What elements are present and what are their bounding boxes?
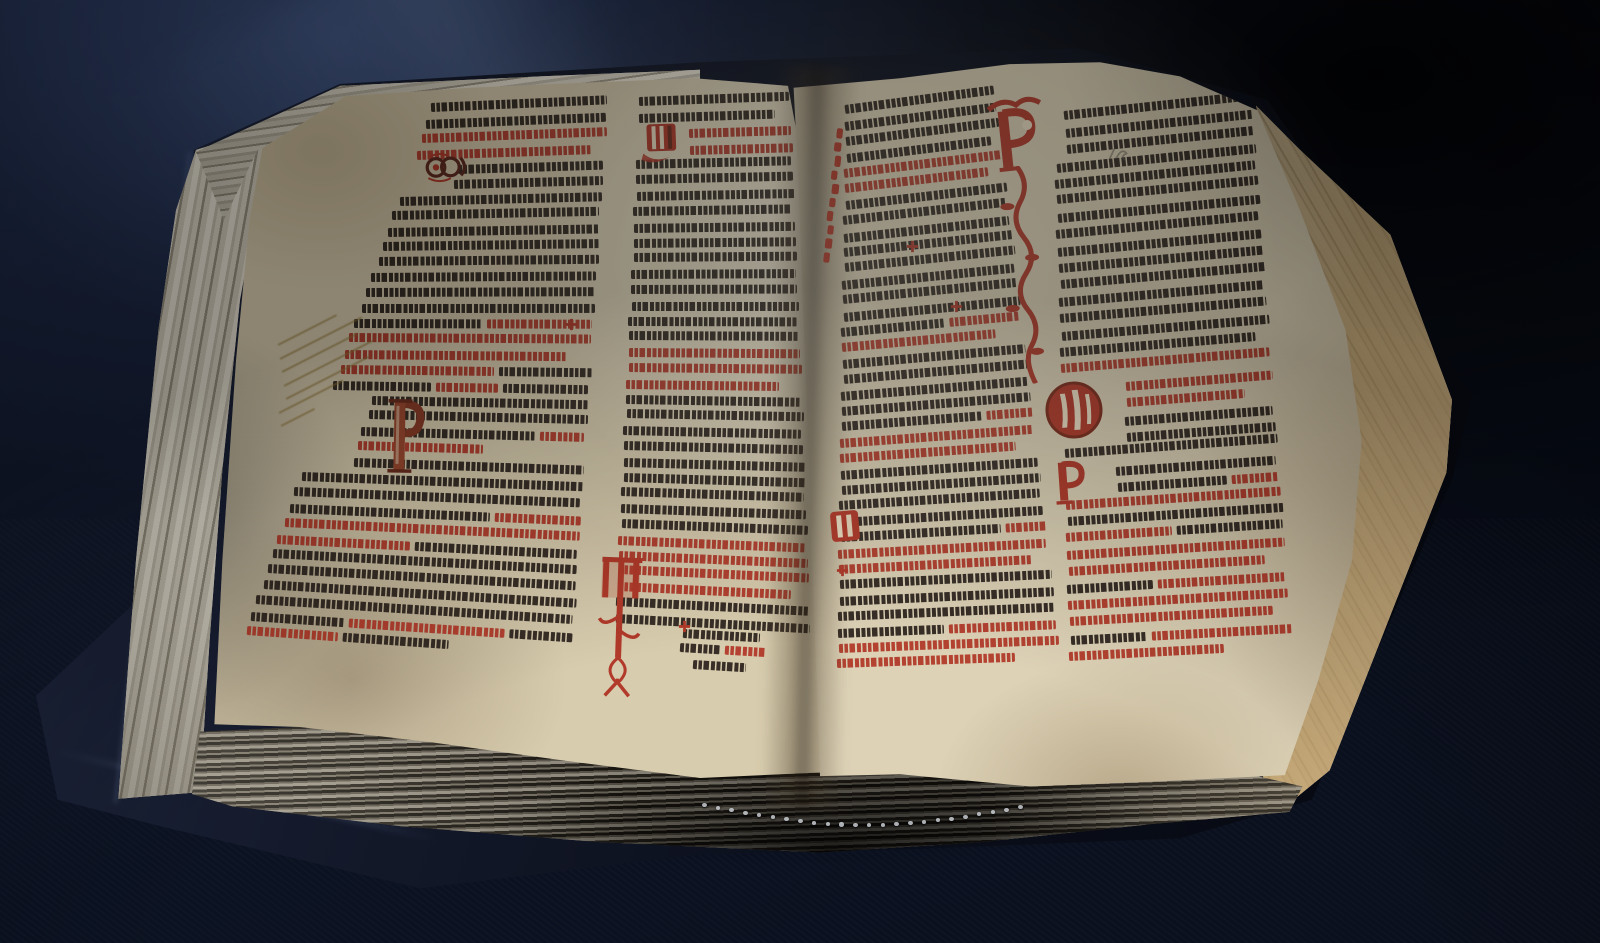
printed-text-line [636, 172, 793, 184]
initial-small-block-right-col1 [826, 507, 863, 546]
text-segment-black-ink [332, 381, 430, 392]
printed-text-line [837, 603, 1053, 621]
text-segment-black-ink [841, 524, 1002, 542]
spine-stitch-dot [1018, 805, 1023, 809]
printed-text-line [349, 333, 591, 344]
text-segment-red-rubric [626, 380, 779, 391]
spine-stitch-dot [826, 822, 831, 826]
text-segment-black-ink [1066, 580, 1152, 594]
printed-text-line [426, 113, 607, 129]
spine-stitch-dot [839, 822, 844, 826]
text-segment-red-rubric [247, 626, 338, 641]
spine-stitch-dot [949, 817, 954, 821]
text-segment-black-ink [692, 660, 746, 672]
text-segment-red-rubric [421, 127, 606, 143]
text-segment-black-ink [454, 176, 603, 189]
printed-text-line [366, 287, 595, 297]
rubric-cross-icon [565, 318, 578, 331]
text-segment-red-rubric [950, 620, 1057, 633]
text-segment-red-rubric [1125, 371, 1272, 392]
text-segment-red-rubric [277, 535, 410, 551]
printed-text-line [1069, 606, 1272, 626]
printed-text-line [680, 643, 766, 657]
text-segment-red-rubric [725, 646, 766, 657]
text-segment-black-ink [839, 570, 1051, 589]
printed-text-line [430, 95, 606, 112]
printed-text-line [400, 192, 603, 206]
text-segment-black-ink [430, 95, 606, 112]
initial-round-striped-right-col2 [1042, 378, 1106, 442]
text-segment-black-ink [379, 254, 599, 265]
text-segment-black-ink [1118, 475, 1227, 491]
text-segment-black-ink [362, 304, 595, 313]
gutter-shadow [760, 65, 860, 809]
text-segment-red-rubric [986, 407, 1033, 420]
printed-text-line [633, 204, 792, 216]
printed-text-line [638, 92, 788, 106]
spine-stitch-dot [798, 819, 803, 823]
printed-text-line [839, 570, 1051, 589]
rubric-cross-icon [906, 240, 919, 253]
spine-stitch-dot [702, 803, 707, 807]
spine-stitch-dot [991, 810, 996, 814]
printed-text-line [454, 176, 603, 189]
printed-text-line [354, 319, 592, 329]
initial-striped-block-left-col2 [639, 121, 682, 164]
spine-stitch-dot [881, 823, 886, 827]
text-segment-black-ink [498, 367, 592, 377]
text-segment-red-rubric [836, 653, 1014, 668]
initial-with-ornamental-tail [589, 553, 654, 707]
text-segment-red-rubric [340, 365, 493, 376]
printed-text-line [838, 620, 1056, 638]
spine-stitch-dot [812, 821, 817, 825]
text-segment-red-rubric [1127, 389, 1245, 407]
printed-text-line [340, 365, 591, 377]
text-segment-red-rubric [1065, 526, 1171, 542]
text-segment-black-ink [510, 629, 573, 642]
text-segment-black-ink [400, 192, 603, 206]
printed-text-line [1068, 555, 1265, 576]
text-segment-red-rubric [345, 350, 567, 361]
text-segment-black-ink [637, 189, 795, 201]
text-segment-black-ink [426, 113, 607, 129]
text-segment-black-ink [636, 172, 793, 184]
text-segment-black-ink [371, 272, 596, 283]
text-segment-red-rubric [1151, 624, 1292, 641]
printed-text-line [634, 222, 795, 233]
rubric-cross-icon [836, 564, 849, 577]
printed-text-line [457, 161, 602, 174]
text-segment-black-ink [1125, 406, 1273, 426]
initial-drop-cap-left-col1 [381, 396, 428, 475]
printed-text-line [362, 304, 595, 313]
printed-text-line [1125, 371, 1272, 392]
text-segment-black-ink [388, 224, 599, 237]
text-segment-black-ink [392, 207, 599, 220]
text-segment-red-rubric [1157, 573, 1286, 590]
printed-text-line [392, 207, 599, 220]
text-segment-black-ink [837, 603, 1053, 621]
printed-text-line [421, 127, 606, 143]
text-segment-black-ink [366, 287, 595, 297]
text-segment-red-rubric [839, 636, 1059, 653]
text-segment-red-rubric [1006, 521, 1047, 532]
text-segment-black-ink [634, 222, 795, 233]
printed-text-line [1069, 643, 1225, 660]
text-segment-red-rubric [1232, 472, 1279, 484]
rubric-cross-icon [678, 620, 691, 633]
printed-text-line [683, 629, 761, 642]
printed-text-line [1125, 406, 1273, 426]
text-segment-black-ink [683, 629, 761, 642]
initial-small-p-right-col2 [1048, 455, 1093, 506]
text-segment-black-ink [251, 612, 345, 627]
printed-text-line [626, 380, 779, 391]
text-segment-black-ink [633, 204, 792, 216]
printed-text-line [1127, 389, 1245, 407]
text-segment-black-ink [294, 487, 580, 507]
printed-text-line [1071, 624, 1292, 645]
printed-text-line [383, 239, 599, 251]
text-segment-black-ink [342, 633, 449, 649]
text-segment-red-rubric [1069, 606, 1272, 626]
spine-stitch-dot [743, 811, 748, 815]
text-segment-black-ink [383, 239, 599, 251]
text-segment-red-rubric [540, 432, 584, 442]
rubric-cross-icon [950, 300, 963, 313]
printed-text-line [345, 350, 567, 361]
printed-text-line [692, 660, 746, 672]
printed-text-line [371, 272, 596, 283]
text-segment-black-ink [457, 161, 602, 174]
text-segment-black-ink [1176, 519, 1282, 535]
spine-stitch-dot [908, 821, 913, 825]
spine-stitch-dot [1004, 808, 1009, 812]
text-segment-red-rubric [494, 512, 580, 525]
printed-text-line [388, 224, 599, 237]
text-segment-black-ink [290, 504, 490, 522]
initial-large-p-right-col2 [982, 93, 1054, 175]
photo-open-glagolitic-book [0, 0, 1600, 943]
folio-pencil-mark [1105, 145, 1132, 163]
text-segment-black-ink [502, 384, 588, 394]
text-segment-black-ink [354, 319, 482, 328]
text-segment-red-rubric [436, 383, 497, 393]
initial-ornate-letter-left-col1 [423, 147, 472, 187]
text-segment-black-ink [638, 92, 788, 106]
spine-stitch-dot [894, 822, 899, 826]
spine-stitch-dot [963, 815, 968, 819]
printed-text-line [637, 189, 795, 201]
printed-text-line [836, 653, 1014, 668]
text-segment-black-ink [838, 625, 945, 638]
text-segment-red-rubric [1068, 555, 1265, 576]
text-segment-black-ink [414, 542, 576, 559]
printed-text-line [379, 254, 599, 265]
text-segment-red-rubric [1069, 643, 1225, 660]
spine-stitch-dot [716, 806, 721, 810]
printed-text-line [839, 636, 1059, 653]
text-segment-black-ink [1071, 631, 1147, 644]
printed-text-line [332, 381, 588, 394]
text-segment-black-ink [680, 643, 721, 654]
text-segment-red-rubric [349, 333, 591, 344]
printed-text-line [294, 487, 580, 507]
spine-stitch-dot [853, 823, 858, 827]
